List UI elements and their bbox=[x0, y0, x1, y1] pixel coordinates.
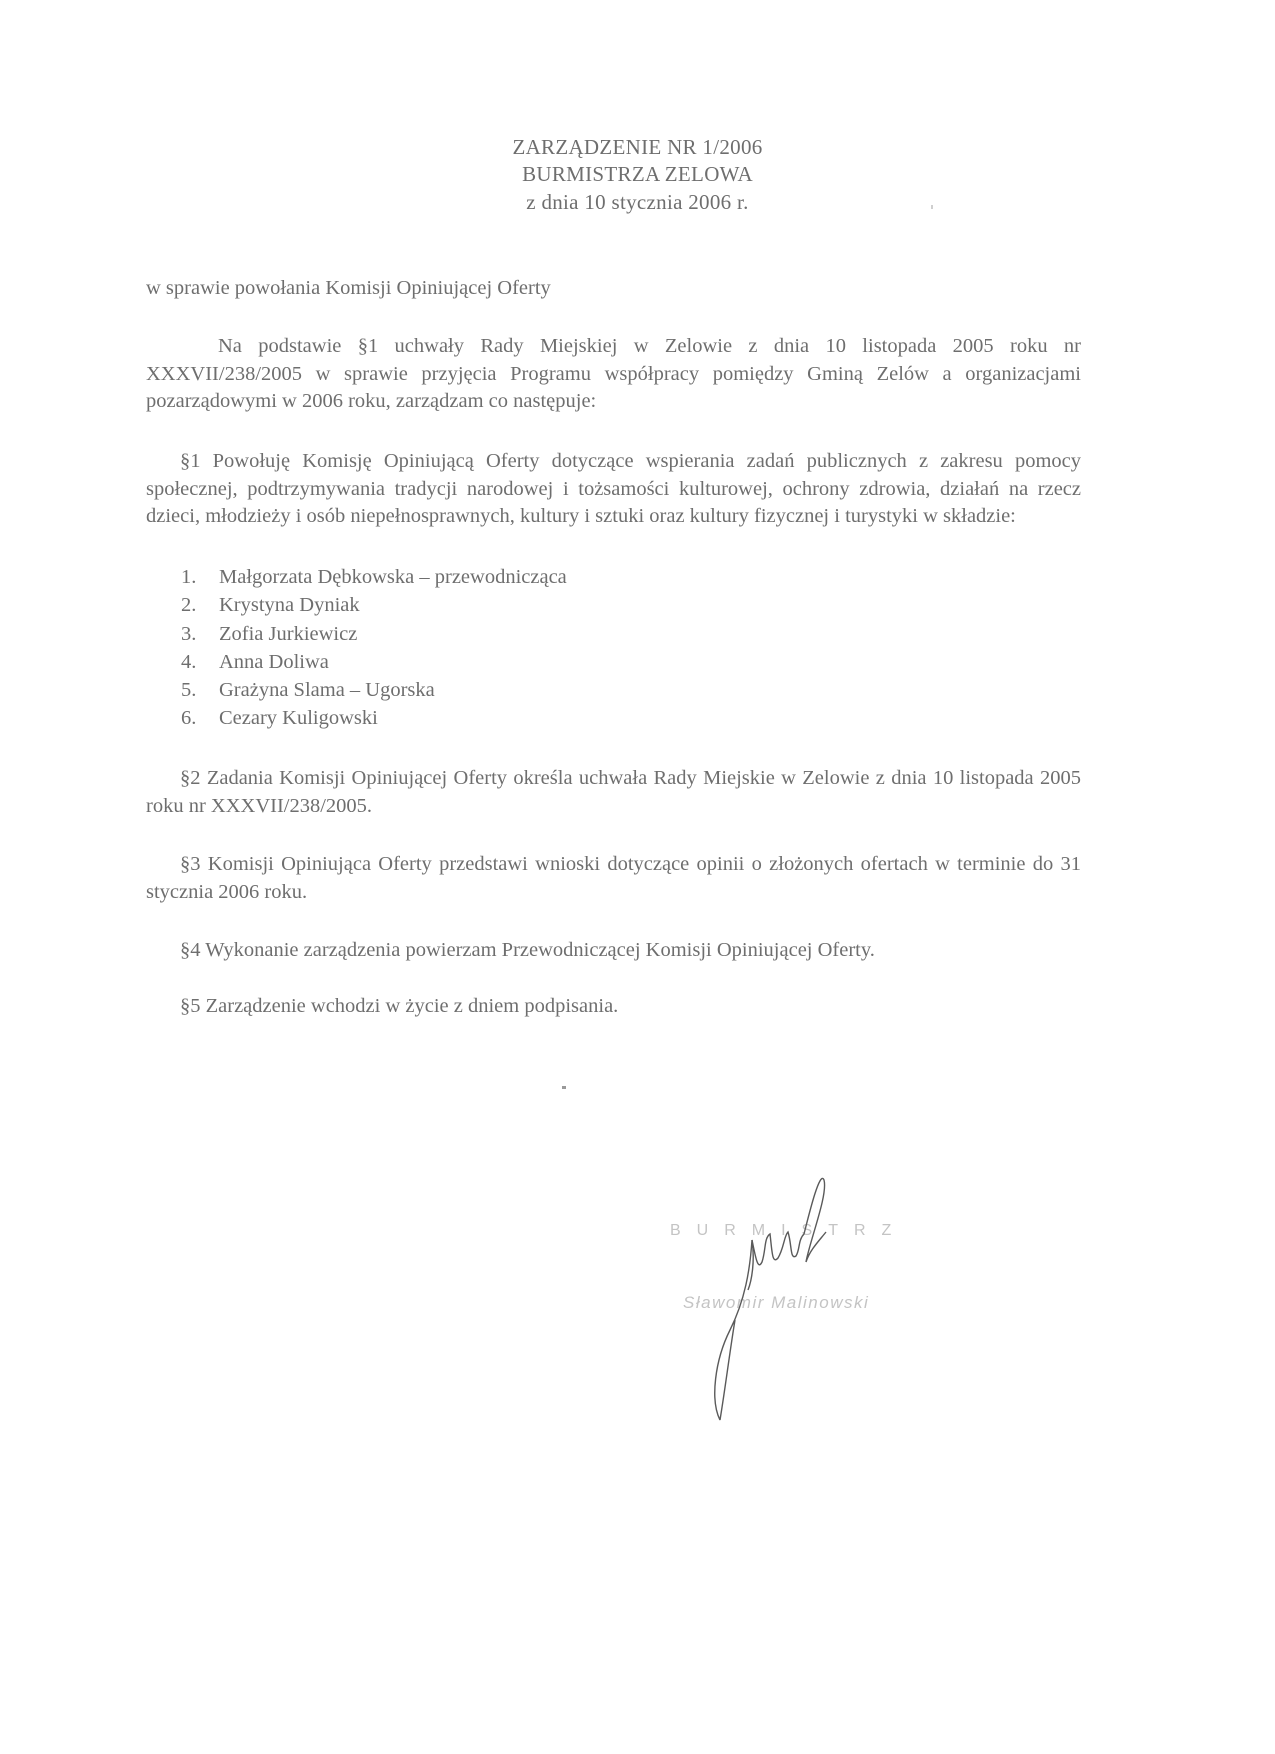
section-2-text: §2 Zadania Komisji Opiniującej Oferty ok… bbox=[146, 767, 1081, 817]
section-4-text: §4 Wykonanie zarządzenia powierzam Przew… bbox=[180, 939, 875, 961]
section-1-text: §1 Powołuję Komisję Opiniującą Oferty do… bbox=[146, 450, 1081, 527]
section-2: §2 Zadania Komisji Opiniującej Oferty ok… bbox=[146, 765, 1081, 820]
committee-members-list: 1.Małgorzata Dębkowska – przewodnicząca … bbox=[181, 563, 567, 733]
section-5: §5 Zarządzenie wchodzi w życie z dniem p… bbox=[146, 993, 1081, 1021]
member-name: Cezary Kuligowski bbox=[219, 704, 378, 732]
order-title: ZARZĄDZENIE NR 1/2006 bbox=[0, 135, 1275, 160]
document-page: ZARZĄDZENIE NR 1/2006 BURMISTRZA ZELOWA … bbox=[0, 0, 1275, 1754]
scan-mark bbox=[931, 205, 933, 209]
section-4: §4 Wykonanie zarządzenia powierzam Przew… bbox=[146, 937, 1081, 965]
section-1: §1 Powołuję Komisję Opiniującą Oferty do… bbox=[146, 448, 1081, 531]
list-item: 3.Zofia Jurkiewicz bbox=[181, 620, 567, 648]
preamble: Na podstawie §1 uchwały Rady Miejskiej w… bbox=[146, 333, 1081, 416]
section-3: §3 Komisji Opiniująca Oferty przedstawi … bbox=[146, 851, 1081, 906]
member-name: Zofia Jurkiewicz bbox=[219, 620, 357, 648]
member-name: Krystyna Dyniak bbox=[219, 591, 360, 619]
section-5-text: §5 Zarządzenie wchodzi w życie z dniem p… bbox=[180, 995, 618, 1017]
signature-icon bbox=[700, 1170, 860, 1430]
member-name: Grażyna Slama – Ugorska bbox=[219, 676, 435, 704]
order-issuer: BURMISTRZA ZELOWA bbox=[0, 162, 1275, 187]
order-subject: w sprawie powołania Komisji Opiniującej … bbox=[146, 277, 551, 300]
scan-speck bbox=[562, 1086, 566, 1089]
list-item: 2.Krystyna Dyniak bbox=[181, 591, 567, 619]
member-name: Anna Doliwa bbox=[219, 648, 329, 676]
list-item: 6.Cezary Kuligowski bbox=[181, 704, 567, 732]
list-item: 4.Anna Doliwa bbox=[181, 648, 567, 676]
order-date: z dnia 10 stycznia 2006 r. bbox=[0, 190, 1275, 215]
list-item: 1.Małgorzata Dębkowska – przewodnicząca bbox=[181, 563, 567, 591]
list-item: 5.Grażyna Slama – Ugorska bbox=[181, 676, 567, 704]
member-name: Małgorzata Dębkowska – przewodnicząca bbox=[219, 563, 567, 591]
section-3-text: §3 Komisji Opiniująca Oferty przedstawi … bbox=[146, 853, 1081, 903]
preamble-text: Na podstawie §1 uchwały Rady Miejskiej w… bbox=[146, 335, 1081, 412]
